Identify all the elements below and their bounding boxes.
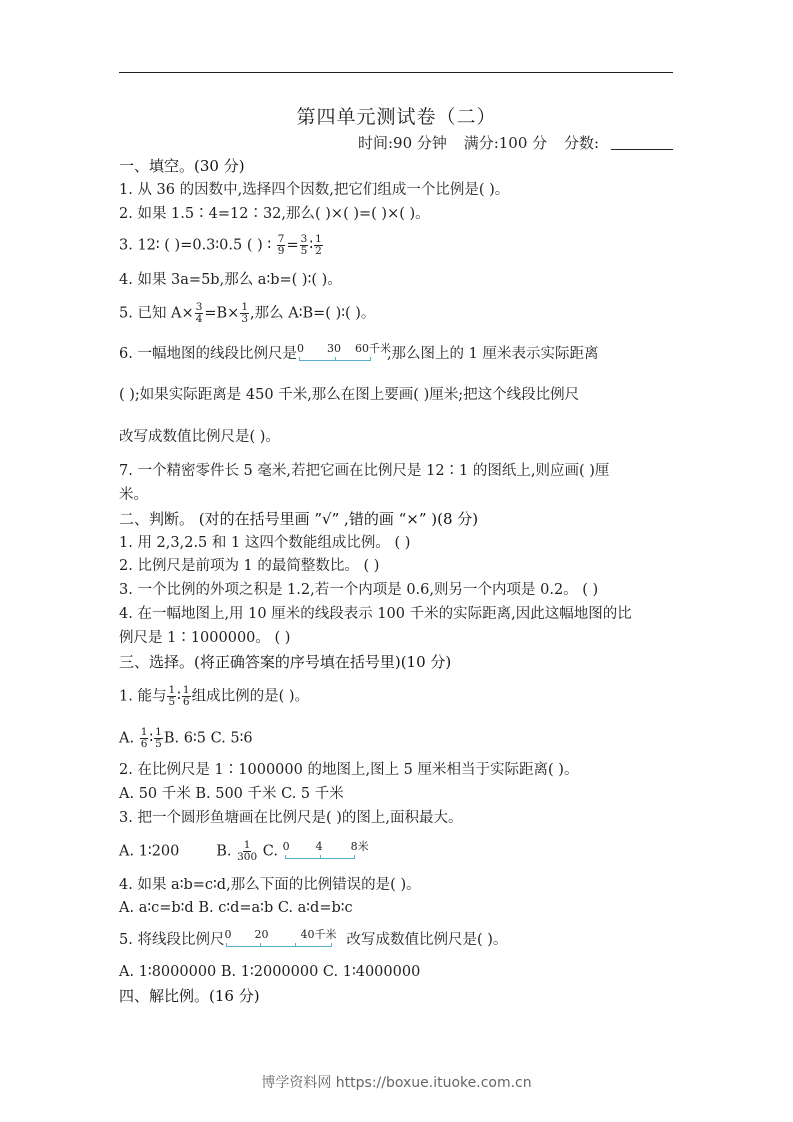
s2-question-1: 1. 用 2,3,2.5 和 1 这四个数能组成比例。 ( )	[119, 534, 410, 552]
s3-question-5-options: A. 1∶8000000 B. 1∶2000000 C. 1∶4000000	[119, 963, 420, 981]
s2-question-2: 2. 比例尺是前项为 1 的最简整数比。 ( )	[119, 557, 379, 575]
s3-question-4-options: A. a∶c=b∶d B. c∶d=a∶b C. a∶d=b∶c	[119, 899, 353, 917]
section-3-heading: 三、选择。(将正确答案的序号填在括号里)(10 分)	[119, 653, 451, 671]
fraction: 16	[182, 685, 191, 708]
s1-question-6-line3: 改写成数值比例尺是( )。	[119, 428, 280, 446]
s1-question-7: 7. 一个精密零件长 5 毫米,若把它画在比例尺是 12∶1 的图纸上,则应画(…	[119, 462, 609, 480]
s3-question-2-options: A. 50 千米 B. 500 千米 C. 5 千米	[119, 785, 344, 803]
s1-question-6-line2: ( );如果实际距离是 450 千米,那么在图上要画( )厘米;把这个线段比例尺	[119, 386, 579, 404]
line-scale-bar: 0 20 40千米	[224, 930, 346, 948]
s1-question-1: 1. 从 36 的因数中,选择四个因数,把它们组成一个比例是( )。	[119, 181, 509, 199]
s1-question-2: 2. 如果 1.5∶4=12∶32,那么( )×( )=( )×( )。	[119, 205, 430, 223]
s1-question-3: 3. 12∶ ( )=0.3∶0.5 ( ) ∶ 79=35∶12	[119, 234, 324, 257]
footer-watermark: 博学资料网 https://boxue.ituoke.com.cn	[0, 1072, 793, 1092]
score-label: 分数:	[564, 134, 599, 152]
s3-question-3: 3. 把一个圆形鱼塘画在比例尺是( )的图上,面积最大。	[119, 809, 462, 827]
s3-question-1: 1. 能与15∶16组成比例的是( )。	[119, 685, 309, 708]
fraction: 13	[240, 302, 249, 325]
s3-question-2: 2. 在比例尺是 1∶1000000 的地图上,图上 5 厘米相当于实际距离( …	[119, 761, 578, 779]
section-1-heading: 一、填空。(30 分)	[119, 157, 245, 175]
exam-meta: 时间:90 分钟 满分:100 分 分数:	[346, 132, 673, 153]
section-4-heading: 四、解比例。(16 分)	[119, 987, 260, 1005]
fraction: 34	[195, 302, 204, 325]
fraction: 15	[167, 685, 176, 708]
s3-question-1-options: A. 16∶15B. 6∶5 C. 5∶6	[119, 727, 253, 750]
fraction: 16	[140, 727, 149, 750]
s1-question-7-line2: 米。	[119, 486, 148, 504]
s1-question-6: 6. 一幅地图的线段比例尺是 0 30 60千米 ,那么图上的 1 厘米表示实际…	[119, 344, 599, 363]
s2-question-4: 4. 在一幅地图上,用 10 厘米的线段表示 100 千米的实际距离,因此这幅地…	[119, 605, 632, 623]
section-2-heading: 二、判断。 (对的在括号里画 ”√” ,错的画 “×” )(8 分)	[119, 510, 478, 528]
fraction: 12	[314, 234, 323, 257]
s2-question-4-line2: 例尺是 1∶1000000。 ( )	[119, 629, 290, 647]
line-scale-bar: 0 30 60千米	[297, 344, 387, 362]
fraction: 15	[154, 727, 163, 750]
score-blank[interactable]	[611, 135, 673, 150]
s1-question-5: 5. 已知 A×34=B×13,那么 A∶B=( )∶( )。	[119, 302, 375, 325]
s3-question-5: 5. 将线段比例尺 0 20 40千米 改写成数值比例尺是( )。	[119, 930, 507, 949]
fraction: 35	[300, 234, 309, 257]
line-scale-bar: 0 4 8米	[283, 842, 373, 860]
page-title: 第四单元测试卷（二）	[0, 102, 793, 129]
s3-question-4: 4. 如果 a∶b=c∶d,那么下面的比例错误的是( )。	[119, 876, 421, 894]
s3-question-3-options: A. 1∶200 B. 1300 C. 0 4 8米	[119, 840, 373, 863]
fraction: 79	[277, 234, 286, 257]
fraction: 1300	[237, 840, 257, 863]
s1-question-4: 4. 如果 3a=5b,那么 a∶b=( )∶( )。	[119, 271, 342, 289]
top-rule	[119, 72, 673, 73]
time-limit: 时间:90 分钟	[358, 134, 447, 152]
s2-question-3: 3. 一个比例的外项之积是 1.2,若一个内项是 0.6,则另一个内项是 0.2…	[119, 581, 598, 599]
full-score: 满分:100 分	[464, 134, 547, 152]
